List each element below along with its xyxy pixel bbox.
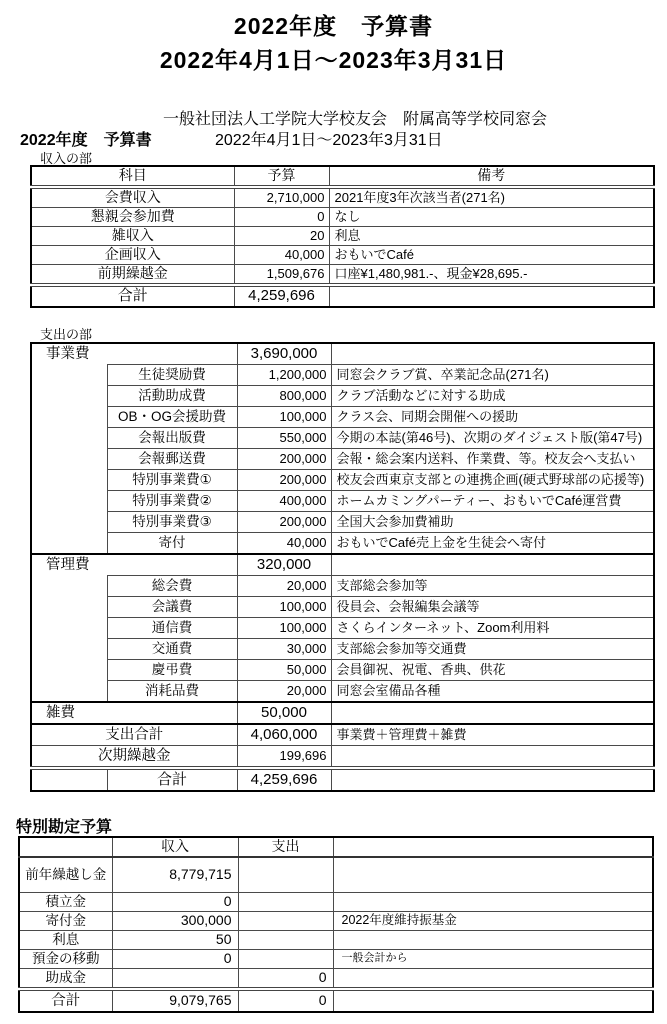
item-cell: 会議費: [107, 597, 237, 618]
expense-row: 特別事業費① 200,000 校友会西東京支部との連携企画(硬式野球部の応援等): [31, 470, 654, 491]
note-cell: [331, 554, 654, 576]
item-cell: 前年繰越し金: [19, 857, 112, 893]
item-cell: 特別事業費①: [107, 470, 237, 491]
item-cell: 特別事業費③: [107, 512, 237, 533]
income-amount-cell: 0: [112, 893, 238, 912]
expense-row: 交通費 30,000 支部総会参加等交通費: [31, 639, 654, 660]
category-amount-cell: 50,000: [237, 702, 331, 724]
note-cell: なし: [329, 208, 654, 227]
special-section-label: 特別勘定予算: [16, 814, 112, 837]
item-cell: 会費収入: [31, 187, 234, 208]
note-cell: 2022年度維持振基金: [333, 912, 653, 931]
doc-label: 2022年度 予算書: [20, 127, 152, 150]
item-cell: 会報郵送費: [107, 449, 237, 470]
special-header-expense: 支出: [238, 837, 333, 857]
expense-row: 寄付 40,000 おもいでCafé売上金を生徒会へ寄付: [31, 533, 654, 555]
note-cell: ホームカミングパーティー、おもいでCafé運営費: [331, 491, 654, 512]
expense-category-row: 事業費 3,690,000: [31, 343, 654, 365]
amount-cell: 200,000: [237, 512, 331, 533]
total-label-cell: 合計: [31, 285, 234, 307]
total-label-cell: 合計: [19, 989, 112, 1012]
amount-cell: 800,000: [237, 386, 331, 407]
amount-cell: 200,000: [237, 470, 331, 491]
spacer-cell: [19, 837, 112, 857]
note-cell: [333, 893, 653, 912]
income-amount-cell: 300,000: [112, 912, 238, 931]
income-header-budget: 予算: [234, 166, 329, 187]
expense-amount-cell: 0: [238, 969, 333, 990]
note-cell: [329, 285, 654, 307]
amount-cell: 200,000: [237, 449, 331, 470]
item-cell: 活動助成費: [107, 386, 237, 407]
carryover-label-cell: 次期繰越金: [31, 746, 237, 769]
note-cell: [331, 746, 654, 769]
item-cell: 総会費: [107, 576, 237, 597]
item-cell: 会報出版費: [107, 428, 237, 449]
note-cell: おもいでCafé: [329, 246, 654, 265]
item-cell: 企画収入: [31, 246, 234, 265]
total-income-cell: 9,079,765: [112, 989, 238, 1012]
item-cell: OB・OG会援助費: [107, 407, 237, 428]
item-cell: 預金の移動: [19, 950, 112, 969]
spacer-cell: [107, 343, 237, 365]
doc-period-title: 2022年4月1日～2023年3月31日: [0, 42, 667, 75]
income-amount-cell: [112, 969, 238, 990]
note-cell: さくらインターネット、Zoom利用料: [331, 618, 654, 639]
item-cell: 積立金: [19, 893, 112, 912]
organization-name: 一般社団法人工学院大学校友会 附属高等学校同窓会: [163, 106, 547, 129]
note-cell: 校友会西東京支部との連携企画(硬式野球部の応援等): [331, 470, 654, 491]
note-cell: 事業費＋管理費＋雑費: [331, 724, 654, 746]
note-cell: 役員会、会報編集会議等: [331, 597, 654, 618]
amount-cell: 20: [234, 227, 329, 246]
expense-row: 会議費 100,000 役員会、会報編集会議等: [31, 597, 654, 618]
expense-table: 事業費 3,690,000 生徒奨励費 1,200,000 同窓会クラブ賞、卒業…: [30, 342, 655, 792]
item-cell: 助成金: [19, 969, 112, 990]
note-cell: 2021年度3年次該当者(271名): [329, 187, 654, 208]
amount-cell: 100,000: [237, 407, 331, 428]
item-cell: 特別事業費②: [107, 491, 237, 512]
amount-cell: 550,000: [237, 428, 331, 449]
note-cell: [331, 343, 654, 365]
subtotal-label-cell: 支出合計: [31, 724, 237, 746]
income-total-row: 合計 4,259,696: [31, 285, 654, 307]
item-cell: 慶弔費: [107, 660, 237, 681]
expense-row: 生徒奨励費 1,200,000 同窓会クラブ賞、卒業記念品(271名): [31, 365, 654, 386]
item-cell: 通信費: [107, 618, 237, 639]
note-cell: 口座¥1,480,981.-、現金¥28,695.-: [329, 265, 654, 286]
doc-date-range: 2022年4月1日～2023年3月31日: [215, 127, 443, 150]
item-cell: 寄付金: [19, 912, 112, 931]
note-cell: 一般会計から: [333, 950, 653, 969]
category-label-cell: 雑費: [31, 702, 237, 724]
amount-cell: 100,000: [237, 618, 331, 639]
special-header-income: 収入: [112, 837, 238, 857]
amount-cell: 40,000: [237, 533, 331, 555]
note-cell: 支部総会参加等: [331, 576, 654, 597]
expense-category-row: 管理費 320,000: [31, 554, 654, 576]
budget-document-page: 2022年度 予算書 2022年4月1日～2023年3月31日 一般社団法人工学…: [0, 0, 667, 1024]
amount-cell: 400,000: [237, 491, 331, 512]
note-cell: 同窓会室備品各種: [331, 681, 654, 703]
income-header-row: 科目 予算 備考: [31, 166, 654, 187]
expense-amount-cell: [238, 857, 333, 893]
item-cell: 利息: [19, 931, 112, 950]
item-cell: 雑収入: [31, 227, 234, 246]
note-cell: 支部総会参加等交通費: [331, 639, 654, 660]
income-table: 科目 予算 備考 会費収入 2,710,000 2021年度3年次該当者(271…: [30, 165, 655, 308]
amount-cell: 2,710,000: [234, 187, 329, 208]
amount-cell: 20,000: [237, 681, 331, 703]
income-header-note: 備考: [329, 166, 654, 187]
special-row: 積立金 0: [19, 893, 653, 912]
expense-row: 会報出版費 550,000 今期の本誌(第46号)、次期のダイジェスト版(第47…: [31, 428, 654, 449]
item-cell: 交通費: [107, 639, 237, 660]
expense-row: 特別事業費② 400,000 ホームカミングパーティー、おもいでCafé運営費: [31, 491, 654, 512]
subtotal-amount-cell: 4,060,000: [237, 724, 331, 746]
expense-section-label: 支出の部: [40, 324, 92, 343]
note-cell: 会員御祝、祝電、香典、供花: [331, 660, 654, 681]
expense-row: 活動助成費 800,000 クラブ活動などに対する助成: [31, 386, 654, 407]
expense-row: OB・OG会援助費 100,000 クラス会、同期会開催への援助: [31, 407, 654, 428]
special-total-row: 合計 9,079,765 0: [19, 989, 653, 1012]
total-amount-cell: 4,259,696: [237, 768, 331, 791]
special-row: 利息 50: [19, 931, 653, 950]
amount-cell: 40,000: [234, 246, 329, 265]
note-cell: [331, 702, 654, 724]
note-cell: 同窓会クラブ賞、卒業記念品(271名): [331, 365, 654, 386]
special-row: 寄付金 300,000 2022年度維持振基金: [19, 912, 653, 931]
total-expense-cell: 0: [238, 989, 333, 1012]
note-cell: おもいでCafé売上金を生徒会へ寄付: [331, 533, 654, 555]
item-cell: 消耗品費: [107, 681, 237, 703]
note-cell: 全国大会参加費補助: [331, 512, 654, 533]
item-cell: 前期繰越金: [31, 265, 234, 286]
item-cell: 生徒奨励費: [107, 365, 237, 386]
income-amount-cell: 0: [112, 950, 238, 969]
category-amount-cell: 3,690,000: [237, 343, 331, 365]
amount-cell: 20,000: [237, 576, 331, 597]
income-row: 前期繰越金 1,509,676 口座¥1,480,981.-、現金¥28,695…: [31, 265, 654, 286]
amount-cell: 1,509,676: [234, 265, 329, 286]
expense-amount-cell: [238, 893, 333, 912]
expense-amount-cell: [238, 931, 333, 950]
carryover-amount-cell: 199,696: [237, 746, 331, 769]
expense-row: 慶弔費 50,000 会員御祝、祝電、香典、供花: [31, 660, 654, 681]
total-amount-cell: 4,259,696: [234, 285, 329, 307]
category-amount-cell: 320,000: [237, 554, 331, 576]
expense-total-row: 合計 4,259,696: [31, 768, 654, 791]
spacer-cell: [107, 554, 237, 576]
special-header-row: 収入 支出: [19, 837, 653, 857]
special-row: 預金の移動 0 一般会計から: [19, 950, 653, 969]
note-cell: 利息: [329, 227, 654, 246]
expense-subtotal-row: 支出合計 4,060,000 事業費＋管理費＋雑費: [31, 724, 654, 746]
expense-row: 通信費 100,000 さくらインターネット、Zoom利用料: [31, 618, 654, 639]
expense-amount-cell: [238, 912, 333, 931]
note-cell: 今期の本誌(第46号)、次期のダイジェスト版(第47号): [331, 428, 654, 449]
income-row: 会費収入 2,710,000 2021年度3年次該当者(271名): [31, 187, 654, 208]
expense-row: 総会費 20,000 支部総会参加等: [31, 576, 654, 597]
expense-amount-cell: [238, 950, 333, 969]
income-header-item: 科目: [31, 166, 234, 187]
category-label-cell: 管理費: [31, 554, 107, 702]
special-row: 助成金 0: [19, 969, 653, 990]
amount-cell: 30,000: [237, 639, 331, 660]
amount-cell: 1,200,000: [237, 365, 331, 386]
note-cell: クラス会、同期会開催への援助: [331, 407, 654, 428]
income-row: 雑収入 20 利息: [31, 227, 654, 246]
expense-row: 特別事業費③ 200,000 全国大会参加費補助: [31, 512, 654, 533]
item-cell: 懇親会参加費: [31, 208, 234, 227]
note-cell: [333, 989, 653, 1012]
amount-cell: 0: [234, 208, 329, 227]
income-row: 懇親会参加費 0 なし: [31, 208, 654, 227]
category-label-cell: 事業費: [31, 343, 107, 554]
spacer-cell: [31, 768, 107, 791]
note-cell: [333, 969, 653, 990]
special-row: 前年繰越し金 8,779,715: [19, 857, 653, 893]
amount-cell: 50,000: [237, 660, 331, 681]
expense-row: 消耗品費 20,000 同窓会室備品各種: [31, 681, 654, 703]
note-cell: クラブ活動などに対する助成: [331, 386, 654, 407]
note-cell: [331, 768, 654, 791]
income-amount-cell: 8,779,715: [112, 857, 238, 893]
expense-category-row: 雑費 50,000: [31, 702, 654, 724]
special-account-table: 収入 支出 前年繰越し金 8,779,715 積立金 0 寄付金 300,000…: [18, 836, 654, 1013]
income-row: 企画収入 40,000 おもいでCafé: [31, 246, 654, 265]
income-amount-cell: 50: [112, 931, 238, 950]
expense-carryover-row: 次期繰越金 199,696: [31, 746, 654, 769]
total-label-cell: 合計: [107, 768, 237, 791]
note-cell: [333, 857, 653, 893]
spacer-cell: [333, 837, 653, 857]
amount-cell: 100,000: [237, 597, 331, 618]
item-cell: 寄付: [107, 533, 237, 555]
expense-row: 会報郵送費 200,000 会報・総会案内送料、作業費、等。校友会へ支払い: [31, 449, 654, 470]
doc-title: 2022年度 予算書: [0, 8, 667, 41]
note-cell: 会報・総会案内送料、作業費、等。校友会へ支払い: [331, 449, 654, 470]
note-cell: [333, 931, 653, 950]
